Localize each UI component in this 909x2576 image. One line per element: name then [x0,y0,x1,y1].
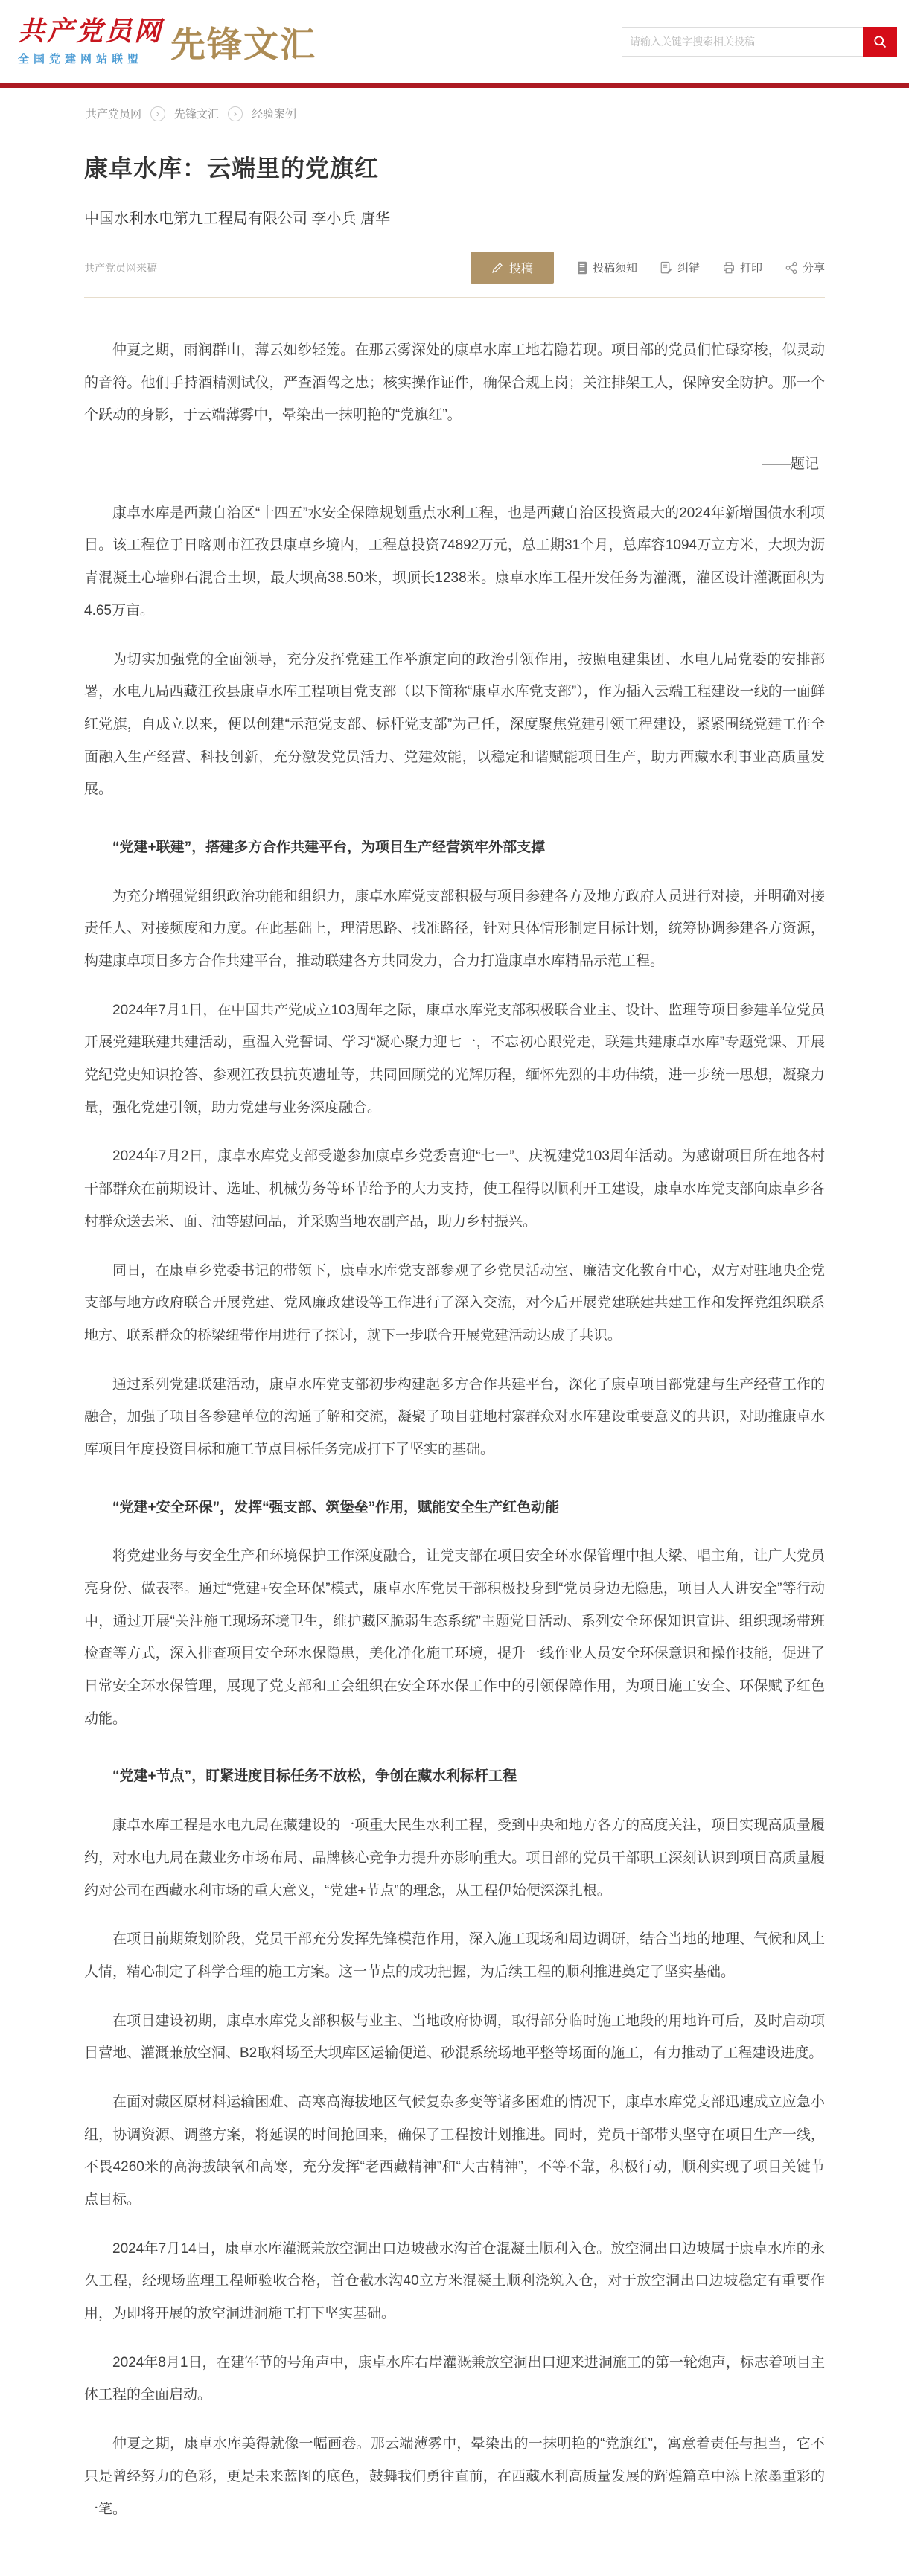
article-paragraph: 在项目建设初期，康卓水库党支部积极与业主、当地政府协调，取得部分临时施工地段的用… [84,2005,825,2070]
article-paragraph: 2024年8月1日，在建军节的号角声中，康卓水库右岸灌溉兼放空洞出口迎来进洞施工… [84,2347,825,2412]
article-paragraph: 在项目前期策划阶段，党员干部充分发挥先锋模范作用，深入施工现场和周边调研，结合当… [84,1923,825,1988]
article-toolbar: 共产党员网来稿 投稿 [84,252,825,298]
article-paragraph: 仲夏之期，康卓水库美得就像一幅画卷。那云端薄雾中，晕染出的一抹明艳的“党旗红”，… [84,2428,825,2525]
article-paragraph: 仲夏之期，雨润群山，薄云如纱轻笼。在那云雾深处的康卓水库工地若隐若现。项目部的党… [84,334,825,432]
share-label: 分享 [803,260,825,275]
correction-button[interactable]: 纠错 [660,260,700,275]
toolbar-actions: 投稿 投稿须知 [471,252,825,284]
share-button[interactable]: 分享 [785,260,825,275]
pencil-icon [491,262,503,274]
logo-title: 共产党员网 [18,17,163,47]
page: 共产党员网 全国党建网站联盟 先锋文汇 共产党员网 › 先锋文汇 › 经验案例 [0,0,909,2576]
search-box [622,27,897,57]
logo-subtitle: 全国党建网站联盟 [18,51,163,66]
submit-notes-label: 投稿须知 [593,260,637,275]
article-paragraph: 将党建业务与安全生产和环境保护工作深度融合，让党支部在项目安全环水保管理中担大梁… [84,1540,825,1735]
search-input[interactable] [622,27,863,57]
search-icon [873,34,887,49]
correction-label: 纠错 [677,260,700,275]
article-paragraph: 为充分增强党组织政治功能和组织力，康卓水库党支部积极与项目参建各方及地方政府人员… [84,880,825,978]
section-heading: “党建+节点”，盯紧进度目标任务不放松，争创在藏水利标杆工程 [84,1760,825,1793]
submit-notes-button[interactable]: 投稿须知 [576,260,637,275]
article-body: 仲夏之期，雨润群山，薄云如纱轻笼。在那云雾深处的康卓水库工地若隐若现。项目部的党… [84,298,825,2576]
article-container: 康卓水库：云端里的党旗红 中国水利水电第九工程局有限公司 李小兵 唐华 共产党员… [84,150,825,2576]
chevron-right-icon: › [150,106,165,121]
section-masthead: 先锋文汇 [170,17,316,67]
article-paragraph: 同日，在康卓乡党委书记的带领下，康卓水库党支部参观了乡党员活动室、廉洁文化教育中… [84,1255,825,1352]
article-paragraph: 为切实加强党的全面领导，充分发挥党建工作举旗定向的政治引领作用，按照电建集团、水… [84,644,825,806]
breadcrumb-section[interactable]: 先锋文汇 [174,106,219,121]
article-paragraph: 康卓水库是西藏自治区“十四五”水安全保障规划重点水利工程，也是西藏自治区投资最大… [84,497,825,627]
submit-button[interactable]: 投稿 [471,252,554,284]
article-byline: 中国水利水电第九工程局有限公司 李小兵 唐华 [84,206,825,228]
edit-note-icon [660,261,673,275]
breadcrumb-home[interactable]: 共产党员网 [86,106,141,121]
article-paragraph: 在面对藏区原材料运输困难、高寒高海拔地区气候复杂多变等诸多困难的情况下，康卓水库… [84,2086,825,2217]
section-heading: “党建+安全环保”，发挥“强支部、筑堡垒”作用，赋能安全生产红色动能 [84,1492,825,1524]
article-paragraph: 通过系列党建联建活动，康卓水库党支部初步构建起多方合作共建平台，深化了康卓项目部… [84,1369,825,1466]
printer-icon [722,261,736,275]
chevron-right-icon: › [228,106,243,121]
breadcrumb: 共产党员网 › 先锋文汇 › 经验案例 [84,88,825,121]
site-logo[interactable]: 共产党员网 全国党建网站联盟 [18,17,163,66]
page-title: 康卓水库：云端里的党旗红 [84,150,825,184]
print-button[interactable]: 打印 [722,260,762,275]
article-paragraph: 2024年7月14日，康卓水库灌溉兼放空洞出口边坡截水沟首仓混凝土顺利入仓。放空… [84,2233,825,2330]
print-label: 打印 [740,260,762,275]
submit-button-label: 投稿 [509,259,533,276]
site-header: 共产党员网 全国党建网站联盟 先锋文汇 [0,0,909,83]
article-paragraph: 2024年7月2日，康卓水库党支部受邀参加康卓乡党委喜迎“七一”、庆祝建党103… [84,1140,825,1238]
epigraph-note: ——题记 [84,448,825,481]
share-icon [785,261,798,275]
article-paragraph: 康卓水库工程是水电九局在藏建设的一项重大民生水利工程，受到中央和地方各方的高度关… [84,1809,825,1907]
section-heading: “党建+联建”，搭建多方合作共建平台，为项目生产经营筑牢外部支撑 [84,831,825,864]
breadcrumb-category[interactable]: 经验案例 [252,106,296,121]
search-button[interactable] [863,27,897,57]
article-paragraph: 2024年7月1日，在中国共产党成立103周年之际，康卓水库党支部积极联合业主、… [84,994,825,1125]
list-icon [576,261,588,275]
article-source-label: 共产党员网来稿 [84,261,157,275]
